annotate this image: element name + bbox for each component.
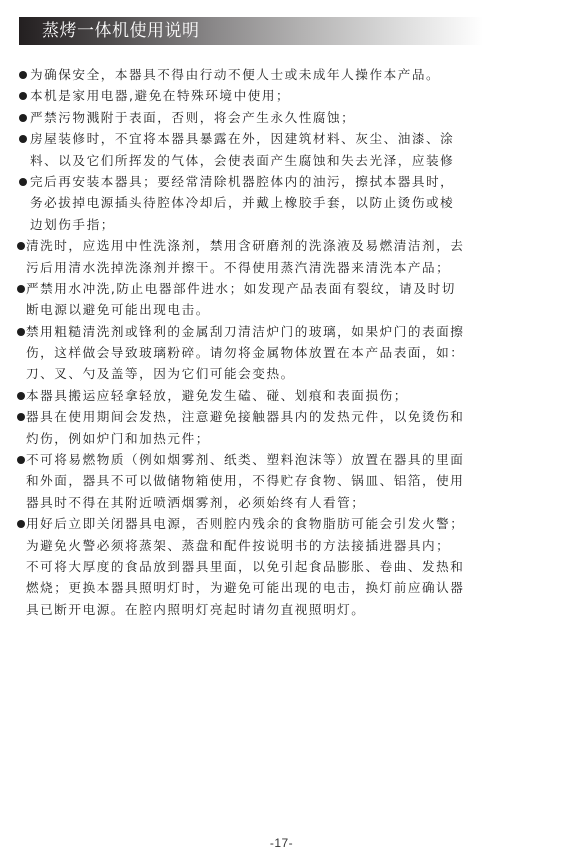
bullet-icon	[19, 114, 27, 122]
list-item: 用好后立即关闭器具电源，否则腔内残余的食物脂肪可能会引发火警； 为避免火警必须将…	[0, 513, 563, 620]
list-item-text: 燃烧；更换本器具照明灯时，为避免可能出现的电击，换灯前应确认器	[0, 577, 563, 598]
bullet-icon	[17, 392, 25, 400]
list-item-text: 器具在使用期间会发热，注意避免接触器具内的发热元件，以免烫伤和	[0, 406, 563, 427]
list-item-text: 边划伤手指；	[0, 214, 563, 235]
list-item-text: 污后用清水洗掉洗涤剂并擦干。不得使用蒸汽清洗器来清洗本产品；	[0, 257, 563, 278]
bullet-icon	[19, 178, 27, 186]
bullet-icon	[17, 328, 25, 336]
list-item-text: 和外面，器具不可以做储物箱使用，不得贮存食物、锅皿、铝箔，使用	[0, 470, 563, 491]
list-item-text: 务必拔掉电源插头待腔体冷却后，并戴上橡胶手套，以防止烫伤或棱	[0, 192, 563, 213]
list-item-text: 用好后立即关闭器具电源，否则腔内残余的食物脂肪可能会引发火警；	[0, 513, 563, 534]
list-item: 严禁用水冲洗,防止电器部件进水；如发现产品表面有裂纹，请及时切 断电源以避免可能…	[0, 278, 563, 321]
list-item-text: 房屋装修时，不宜将本器具暴露在外，因建筑材料、灰尘、油漆、涂	[0, 128, 563, 149]
list-item: 完后再安装本器具；要经常清除机器腔体内的油污，擦拭本器具时， 务必拔掉电源插头待…	[0, 171, 563, 235]
list-item: 本机是家用电器,避免在特殊环境中使用；	[0, 85, 563, 106]
list-item-text: 完后再安装本器具；要经常清除机器腔体内的油污，擦拭本器具时，	[0, 171, 563, 192]
list-item-text: 伤，这样做会导致玻璃粉碎。请勿将金属物体放置在本产品表面，如：	[0, 342, 563, 363]
bullet-icon	[17, 285, 25, 293]
list-item: 房屋装修时，不宜将本器具暴露在外，因建筑材料、灰尘、油漆、涂 料、以及它们所挥发…	[0, 128, 563, 171]
list-item-text: 断电源以避免可能出现电击。	[0, 299, 563, 320]
list-item-text: 为避免火警必须将蒸架、蒸盘和配件按说明书的方法接插进器具内；	[0, 535, 563, 556]
safety-instructions-list: 为确保安全，本器具不得由行动不便人士或未成年人操作本产品。 本机是家用电器,避免…	[0, 64, 563, 620]
list-item: 本器具搬运应轻拿轻放，避免发生磕、碰、划痕和表面损伤；	[0, 385, 563, 406]
list-item: 不可将易燃物质（例如烟雾剂、纸类、塑料泡沫等）放置在器具的里面 和外面，器具不可…	[0, 449, 563, 513]
list-item-text: 禁用粗糙清洗剂或锋利的金属刮刀清洁炉门的玻璃，如果炉门的表面擦	[0, 321, 563, 342]
page-number: -17-	[0, 836, 563, 850]
list-item-text: 为确保安全，本器具不得由行动不便人士或未成年人操作本产品。	[0, 64, 563, 85]
page-title: 蒸烤一体机使用说明	[42, 20, 200, 42]
bullet-icon	[17, 456, 25, 464]
list-item: 器具在使用期间会发热，注意避免接触器具内的发热元件，以免烫伤和 灼伤，例如炉门和…	[0, 406, 563, 449]
list-item-text: 本器具搬运应轻拿轻放，避免发生磕、碰、划痕和表面损伤；	[0, 385, 563, 406]
list-item: 为确保安全，本器具不得由行动不便人士或未成年人操作本产品。	[0, 64, 563, 85]
list-item: 禁用粗糙清洗剂或锋利的金属刮刀清洁炉门的玻璃，如果炉门的表面擦 伤，这样做会导致…	[0, 321, 563, 385]
list-item-text: 清洗时，应选用中性洗涤剂，禁用含研磨剂的洗涤液及易燃清洁剂，去	[0, 235, 563, 256]
list-item-text: 严禁用水冲洗,防止电器部件进水；如发现产品表面有裂纹，请及时切	[0, 278, 563, 299]
list-item-text: 本机是家用电器,避免在特殊环境中使用；	[0, 85, 563, 106]
list-item: 严禁污物溅附于表面，否则，将会产生永久性腐蚀；	[0, 107, 563, 128]
list-item-text: 具已断开电源。在腔内照明灯亮起时请勿直视照明灯。	[0, 599, 563, 620]
list-item-text: 灼伤，例如炉门和加热元件；	[0, 428, 563, 449]
list-item-text: 刀、叉、勺及盖等，因为它们可能会变热。	[0, 363, 563, 384]
list-item-text: 不可将大厚度的食品放到器具里面，以免引起食品膨胀、卷曲、发热和	[0, 556, 563, 577]
list-item-text: 料、以及它们所挥发的气体，会使表面产生腐蚀和失去光泽，应装修	[0, 150, 563, 171]
list-item: 清洗时，应选用中性洗涤剂，禁用含研磨剂的洗涤液及易燃清洁剂，去 污后用清水洗掉洗…	[0, 235, 563, 278]
section-header-bar: 蒸烤一体机使用说明	[19, 17, 483, 45]
bullet-icon	[19, 71, 27, 79]
list-item-text: 器具时不得在其附近喷洒烟雾剂，必须始终有人看管；	[0, 492, 563, 513]
list-item-text: 不可将易燃物质（例如烟雾剂、纸类、塑料泡沫等）放置在器具的里面	[0, 449, 563, 470]
list-item-text: 严禁污物溅附于表面，否则，将会产生永久性腐蚀；	[0, 107, 563, 128]
